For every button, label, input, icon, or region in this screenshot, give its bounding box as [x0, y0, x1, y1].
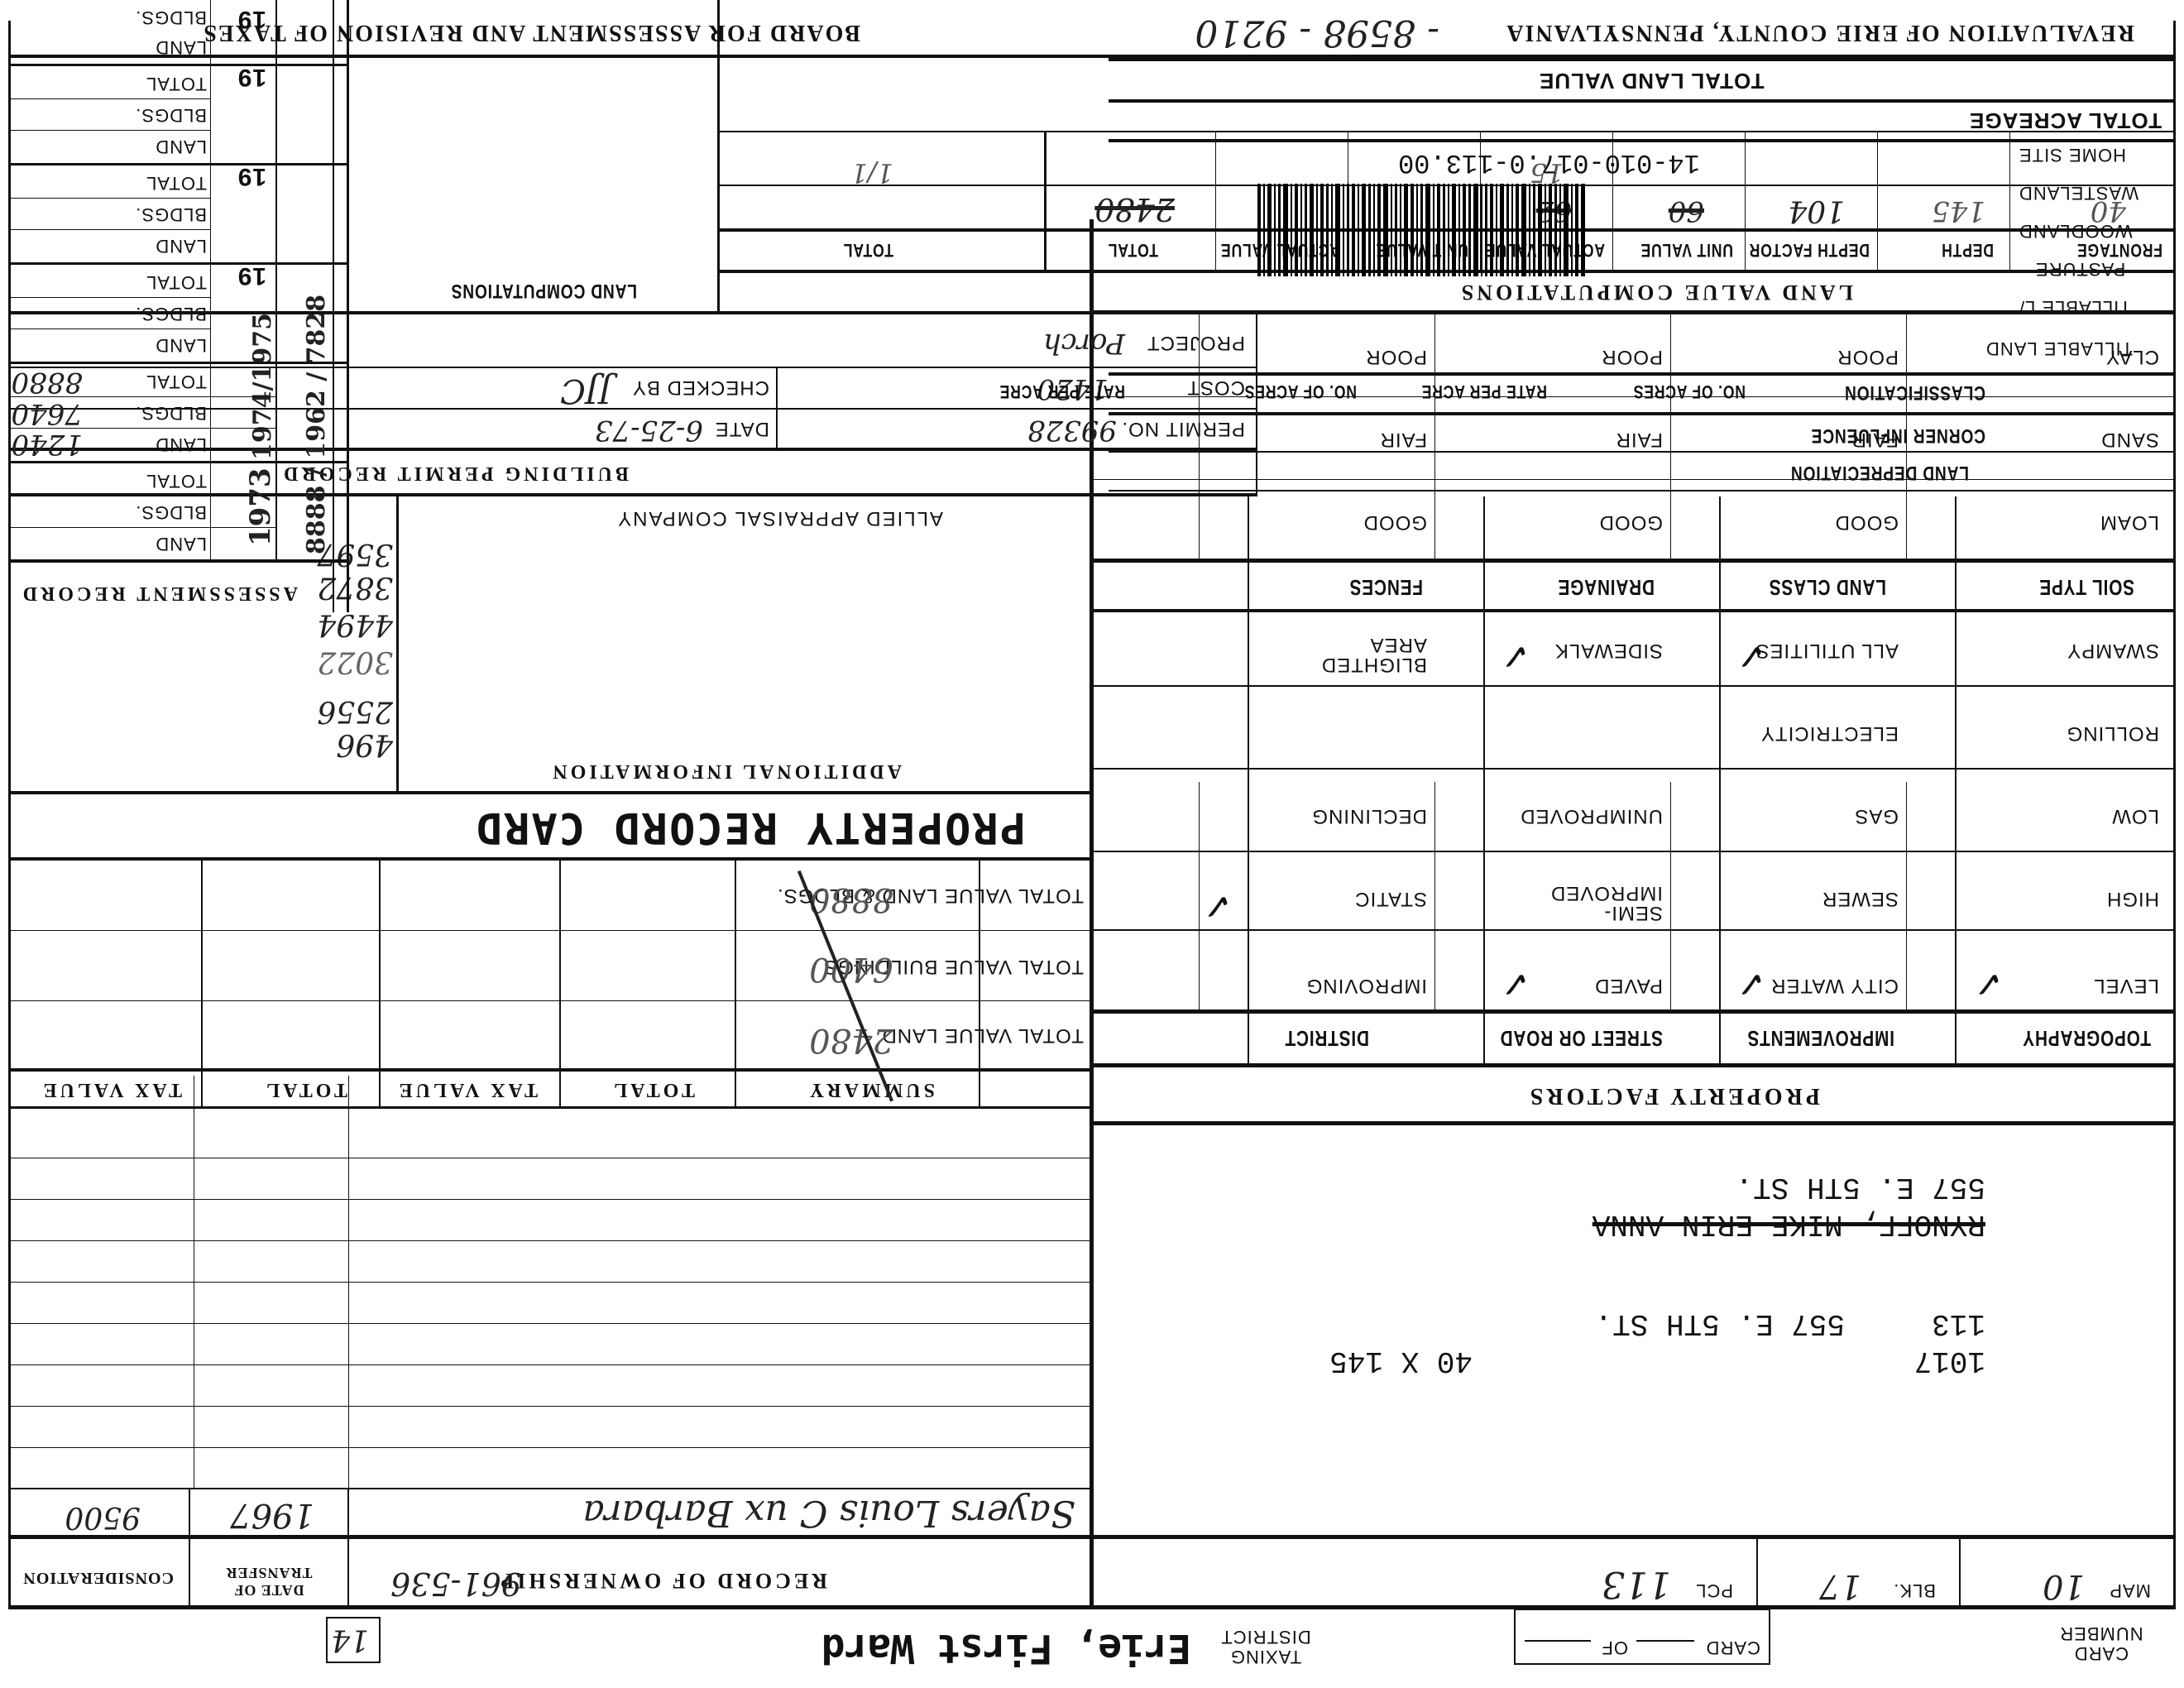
- pf-rolling: ROLLING: [2067, 722, 2159, 745]
- assessment-title: ASSESSMENT RECORD: [20, 582, 298, 604]
- pf-paved: PAVED: [1594, 974, 1663, 997]
- cost-value: 1420: [1037, 372, 1109, 405]
- assess-row5-bldgs-label: BLDGS.: [135, 104, 207, 126]
- lv-unit-value-2: UNIT VALUE: [1376, 239, 1468, 261]
- checked-by-value: JJC: [560, 372, 612, 410]
- lv-depth-factor-value: 104: [1788, 194, 1845, 228]
- pf-improving: IMPROVING: [1306, 974, 1427, 997]
- lv-unit-value-value: 60: [1669, 194, 1704, 228]
- pf-semi-improved: SEMI-IMPROVED: [1497, 883, 1663, 923]
- drainage-good: GOOD: [1599, 511, 1663, 534]
- revaluation-title: REVALUATION OF ERIE COUNTY, PENNSYLVANIA: [1505, 19, 2134, 46]
- pf-blighted-area: BLIGHTED AREA: [1295, 635, 1427, 674]
- assess-row5-land-label: LAND: [155, 136, 207, 157]
- date-of-transfer-header: DATE OF TRANSFER: [199, 1564, 339, 1599]
- consideration-header: CONSIDERATION: [22, 1568, 174, 1587]
- pf-header-improvements: IMPROVEMENTS: [1747, 1025, 1894, 1051]
- pf-soil-type: SOIL TYPE: [2039, 574, 2134, 600]
- assess-1974-land-label: LAND: [155, 434, 207, 455]
- assess-row3-land-label: LAND: [155, 334, 207, 356]
- assess-row4-total-label: TOTAL: [146, 172, 207, 194]
- assess-1973-land-label: LAND: [155, 533, 207, 554]
- assess-row3-total-label: TOTAL: [146, 271, 207, 293]
- struck-owner: RYNOFF, MIKE ERIN ANNA: [1592, 1207, 1985, 1241]
- soil-loam: LOAM: [2100, 511, 2159, 534]
- assess-year-1973: 1973: [244, 468, 277, 546]
- summary-row-land: TOTAL VALUE LAND: [881, 1024, 1084, 1047]
- info-code-113: 113: [1932, 1307, 1985, 1340]
- card-label: CARD: [1706, 1637, 1760, 1658]
- board-title: BOARD FOR ASSESSMENT AND REVISION OF TAX…: [202, 19, 860, 46]
- pf-high: HIGH: [2106, 887, 2159, 910]
- permit-no-label: PERMIT NO.: [1121, 417, 1245, 440]
- lv-total-2: TOTAL: [843, 239, 893, 261]
- allied-appraisal-company: ALLIED APPRAISAL COMPANY: [616, 506, 943, 530]
- soil-clay: CLAY: [2105, 345, 2159, 368]
- of-label: OF: [1601, 1637, 1628, 1658]
- lv-total-1: TOTAL: [1108, 239, 1158, 261]
- check-all-utilities-icon: ✓: [1736, 635, 1766, 677]
- land-computations-title: LAND COMPUTATIONS: [451, 279, 637, 302]
- pcl-label: PCL: [1695, 1580, 1733, 1601]
- taxing-district-label: TAXING DISTRICT: [1208, 1627, 1324, 1666]
- pf-static: STATIC: [1354, 887, 1427, 910]
- lv-unit-value-1: UNIT VALUE: [1640, 239, 1733, 261]
- deed-ref: 961-536: [390, 1566, 521, 1602]
- lv-row2-total: 1/1: [851, 157, 894, 189]
- pf-sewer: SEWER: [1822, 887, 1899, 910]
- pf-swampy: SWAMPY: [2067, 639, 2159, 662]
- blk-value: 17: [1819, 1567, 1861, 1605]
- card-box: 14: [326, 1617, 381, 1663]
- assess-row3-bldgs-label: BLDGS.: [135, 303, 207, 324]
- lv-total-value: 2480: [1094, 191, 1175, 228]
- check-static-icon: ✓: [1202, 885, 1233, 927]
- assess-row5-total-label: TOTAL: [146, 73, 207, 94]
- info-dimensions: 40 X 145: [1329, 1344, 1473, 1378]
- summary-col-tax-1: TAX VALUE: [396, 1078, 538, 1101]
- assess-row4-bldgs-label: BLDGS.: [135, 204, 207, 225]
- handwritten-reference: - 8598 - 9210: [1195, 12, 1439, 54]
- assess-1974-bldgs: 7640: [11, 397, 83, 430]
- assess-1974-bldgs-label: BLDGS.: [135, 402, 207, 424]
- checked-by-label: CHECKED BY: [632, 376, 769, 399]
- pf-unimproved: UNIMPROVED: [1520, 804, 1663, 827]
- pf-header-street: STREET OR ROAD: [1500, 1025, 1663, 1051]
- assess-year-1974: 1974/1975: [248, 313, 277, 460]
- lv-actual-value-value: 62: [1536, 194, 1572, 228]
- summary-buildings-total: 6400: [809, 950, 893, 988]
- pf-land-class: LAND CLASS: [1769, 574, 1886, 600]
- summary-title: SUMMARY: [807, 1078, 935, 1101]
- lv-depth: DEPTH: [1941, 239, 1994, 261]
- map-label: MAP: [2109, 1580, 2151, 1601]
- assessment-record-region: [8, 0, 339, 1109]
- assess-1973-total-label: TOTAL: [146, 470, 207, 492]
- pf-declining: DECLINING: [1311, 804, 1427, 827]
- info-code-1017: 1017: [1914, 1344, 1985, 1378]
- pf-header-topography: TOPOGRAPHY: [2022, 1025, 2151, 1051]
- summary-col-total-1: TOTAL: [611, 1078, 695, 1101]
- pf-fences: FENCES: [1349, 574, 1423, 600]
- assess-1974-land: 1240: [11, 428, 83, 461]
- assess-row6-bldgs-label: BLDGS.: [135, 7, 207, 28]
- lv-depth-value: 145: [1932, 194, 1985, 228]
- land-value-title: LAND VALUE COMPUTATIONS: [1458, 280, 1853, 305]
- property-record-card: CARD NUMBER CARD OF TAXING DISTRICT Erie…: [0, 0, 2184, 1688]
- blk-label: BLK.: [1893, 1580, 1936, 1601]
- cost-label: COST: [1186, 376, 1245, 399]
- pf-electricity: ELECTRICITY: [1760, 722, 1899, 745]
- lv-frontage: FRONTAGE: [2043, 232, 2176, 269]
- check-paved-icon: ✓: [1500, 962, 1530, 1005]
- calc-496: 496: [336, 727, 393, 761]
- drainage-fair: FAIR: [1616, 428, 1663, 451]
- pcl-value: 113: [1602, 1563, 1671, 1605]
- info-address: 557 E. 5TH ST.: [1595, 1307, 1845, 1340]
- assess-1974-total-label: TOTAL: [146, 371, 207, 392]
- pf-level: LEVEL: [2093, 974, 2159, 997]
- ownership-title: RECORD OF OWNERSHIP: [497, 1568, 827, 1593]
- assess-row5-year: 19: [237, 63, 266, 91]
- card-box-value: 14: [331, 1623, 369, 1657]
- pf-drainage: DRAINAGE: [1558, 574, 1655, 600]
- pf-gas: GAS: [1854, 804, 1899, 827]
- project-value: Porch: [1043, 327, 1125, 360]
- additional-info-title: ADDITIONAL INFORMATION: [549, 760, 902, 782]
- check-sidewalk-icon: ✓: [1500, 635, 1530, 677]
- land-class-fair: FAIR: [1851, 428, 1899, 451]
- assess-row4-land-label: LAND: [155, 235, 207, 257]
- drainage-poor: POOR: [1601, 345, 1663, 368]
- date-label: DATE: [715, 417, 769, 440]
- owner-address: 557 E. 5TH ST.: [1736, 1170, 1985, 1204]
- fences-fair: FAIR: [1380, 428, 1427, 451]
- pf-low: LOW: [2111, 804, 2159, 827]
- project-label: PROJECT: [1147, 331, 1245, 354]
- map-value: 10: [2043, 1567, 2085, 1605]
- pf-city-water: CITY WATER: [1770, 974, 1899, 997]
- consideration-value: 9500: [65, 1500, 141, 1534]
- card-number-label: CARD NUMBER: [2052, 1623, 2151, 1663]
- check-city-water-icon: ✓: [1736, 962, 1766, 1005]
- assess-1974-total: 8880: [11, 366, 83, 399]
- lv-actual-value-2: ACTUAL VALUE: [1220, 239, 1340, 261]
- permit-no-value: 99328: [1027, 414, 1117, 447]
- date-value: 6-25-73: [595, 414, 703, 447]
- taxing-district-value: Erie, First Ward: [822, 1625, 1191, 1671]
- soil-sand: SAND: [2100, 428, 2159, 451]
- summary-land-bldgs-total: 8880: [809, 880, 893, 918]
- assess-1973-bldgs-label: BLDGS.: [135, 501, 207, 523]
- pf-header-district: DISTRICT: [1285, 1025, 1369, 1051]
- lv-row2-value: 15: [1530, 157, 1564, 189]
- assessment-stamp-numbers: 8888 / 1962 / 7828: [302, 295, 331, 554]
- property-factors-title: PROPERTY FACTORS: [1527, 1082, 1820, 1109]
- transfer-date: 1967: [230, 1496, 314, 1534]
- owner-name: Sayers Louis C ux Barbara: [582, 1492, 1075, 1534]
- assess-row3-year: 19: [237, 261, 266, 290]
- property-record-card-title: PROPERTY RECORD CARD: [475, 803, 1026, 852]
- fences-poor: POOR: [1365, 345, 1427, 368]
- lv-actual-value-1: ACTUAL VALUE: [1485, 239, 1605, 261]
- land-class-good: GOOD: [1835, 511, 1899, 534]
- card-of-box: CARD OF: [1514, 1609, 1770, 1665]
- check-level-icon: ✓: [1973, 962, 2004, 1005]
- lv-frontage-value: 40: [2091, 194, 2126, 228]
- lv-depth-factor: DEPTH FACTOR: [1749, 239, 1870, 261]
- summary-land-total: 2480: [809, 1021, 893, 1059]
- pf-all-utilities: ALL UTILITIES: [1755, 639, 1899, 662]
- assess-row4-year: 19: [237, 162, 266, 190]
- fences-good: GOOD: [1363, 511, 1427, 534]
- pf-sidewalk: SIDEWALK: [1554, 639, 1663, 662]
- land-class-poor: POOR: [1837, 345, 1899, 368]
